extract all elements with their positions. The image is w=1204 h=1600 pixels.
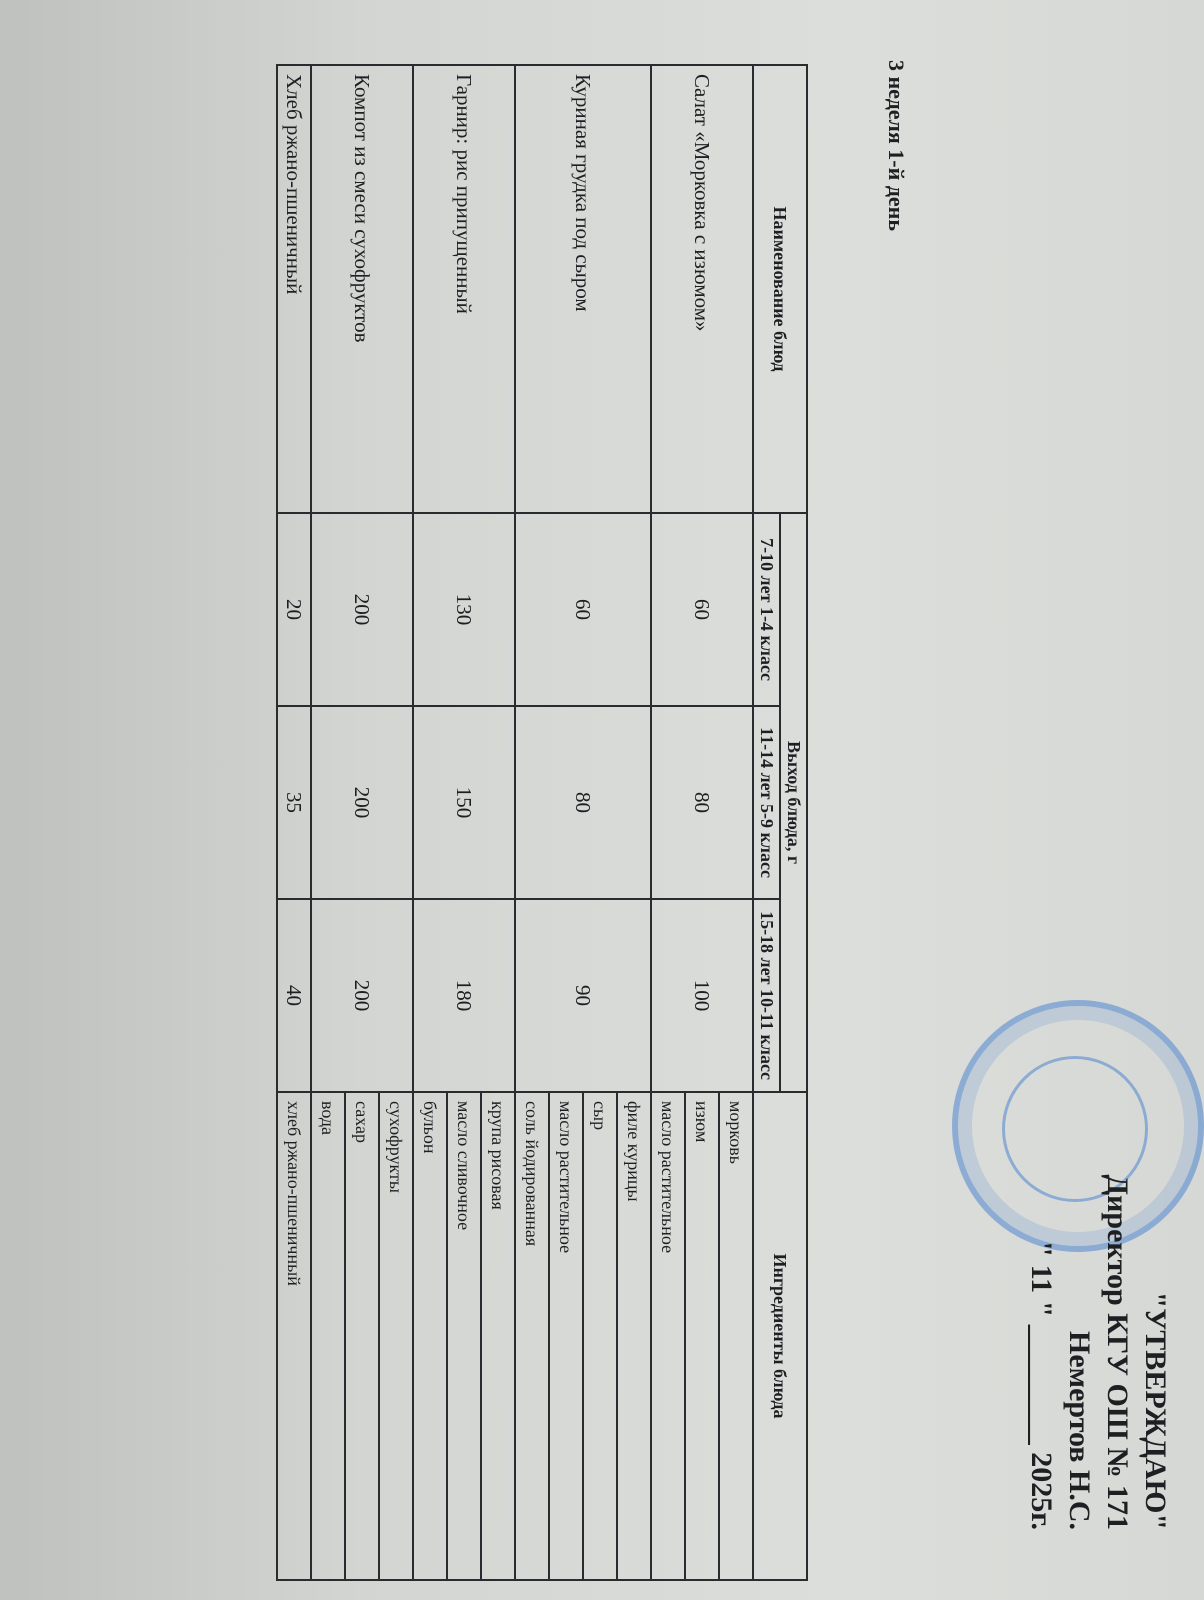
ingredient: бульон [414, 1093, 446, 1579]
ingredient: сахар [344, 1093, 378, 1579]
ingredient: вода [312, 1093, 344, 1579]
portion-11-14: 35 [277, 706, 311, 899]
dish-name: Хлеб ржано-пшеничный [277, 65, 311, 513]
ingredient: масло растительное [548, 1093, 582, 1579]
portion-15-18: 180 [413, 899, 515, 1092]
approval-position: Директор КГУ ОШ № 171 [1098, 1110, 1136, 1530]
dish-name: Компот из смеси сухофруктов [311, 65, 413, 513]
portion-15-18: 100 [651, 899, 753, 1092]
ingredients-cell: морковьизюммасло растительное [651, 1092, 753, 1580]
ingredient: филе курицы [616, 1093, 650, 1579]
ingredient: масло растительное [652, 1093, 684, 1579]
ingredient: морковь [718, 1093, 752, 1579]
portion-15-18: 40 [277, 899, 311, 1092]
header-name: Наименование блюд [753, 65, 807, 513]
portion-7-10: 200 [311, 513, 413, 706]
approval-date: " 11 " ________ 2025г. [1022, 1110, 1060, 1530]
portion-11-14: 150 [413, 706, 515, 899]
ingredient: масло сливочное [446, 1093, 480, 1579]
header-age1: 7-10 лет 1-4 класс [753, 513, 780, 706]
menu-table: Наименование блюд Выход блюда, г Ингреди… [276, 64, 808, 1581]
page-title: 3 неделя 1-й день [883, 60, 909, 231]
table-row: Куриная грудка под сыром608090филе куриц… [515, 65, 651, 1580]
dish-name: Салат «Морковка с изюмом» [651, 65, 753, 513]
ingredient: соль йодированная [516, 1093, 548, 1579]
table-row: Гарнир: рис припущенный130150180крупа ри… [413, 65, 515, 1580]
table-row: Салат «Морковка с изюмом»6080100морковьи… [651, 65, 753, 1580]
header-age3: 15-18 лет 10-11 класс [753, 899, 780, 1092]
ingredient: крупа рисовая [480, 1093, 514, 1579]
dish-name: Куриная грудка под сыром [515, 65, 651, 513]
portion-7-10: 20 [277, 513, 311, 706]
ingredients-cell: сухофруктысахарвода [311, 1092, 413, 1580]
portion-15-18: 90 [515, 899, 651, 1092]
ingredient: изюм [684, 1093, 718, 1579]
portion-11-14: 80 [515, 706, 651, 899]
approval-block: "УТВЕРЖДАЮ" Директор КГУ ОШ № 171 Немерт… [1022, 1110, 1174, 1530]
portion-7-10: 60 [651, 513, 753, 706]
document-sheet: "УТВЕРЖДАЮ" Директор КГУ ОШ № 171 Немерт… [0, 0, 1204, 1600]
portion-11-14: 200 [311, 706, 413, 899]
ingredient: хлеб ржано-пшеничный [278, 1093, 310, 1579]
ingredient: сыр [582, 1093, 616, 1579]
table-row: Компот из смеси сухофруктов200200200сухо… [311, 65, 413, 1580]
dish-name: Гарнир: рис припущенный [413, 65, 515, 513]
ingredient: сухофрукты [378, 1093, 412, 1579]
ingredients-cell: крупа рисоваямасло сливочноебульон [413, 1092, 515, 1580]
table-row: Хлеб ржано-пшеничный203540хлеб ржано-пше… [277, 65, 311, 1580]
portion-15-18: 200 [311, 899, 413, 1092]
portion-7-10: 60 [515, 513, 651, 706]
approval-heading: "УТВЕРЖДАЮ" [1136, 1110, 1174, 1530]
portion-7-10: 130 [413, 513, 515, 706]
approval-name: Немертов Н.С. [1060, 1110, 1098, 1530]
photo-background: "УТВЕРЖДАЮ" Директор КГУ ОШ № 171 Немерт… [0, 0, 1204, 1600]
portion-11-14: 80 [651, 706, 753, 899]
ingredients-cell: филе курицысырмасло растительноесоль йод… [515, 1092, 651, 1580]
ingredients-cell: хлеб ржано-пшеничный [277, 1092, 311, 1580]
header-age2: 11-14 лет 5-9 класс [753, 706, 780, 899]
header-ingredients: Ингредиенты блюда [753, 1092, 807, 1580]
header-output: Выход блюда, г [780, 513, 807, 1092]
